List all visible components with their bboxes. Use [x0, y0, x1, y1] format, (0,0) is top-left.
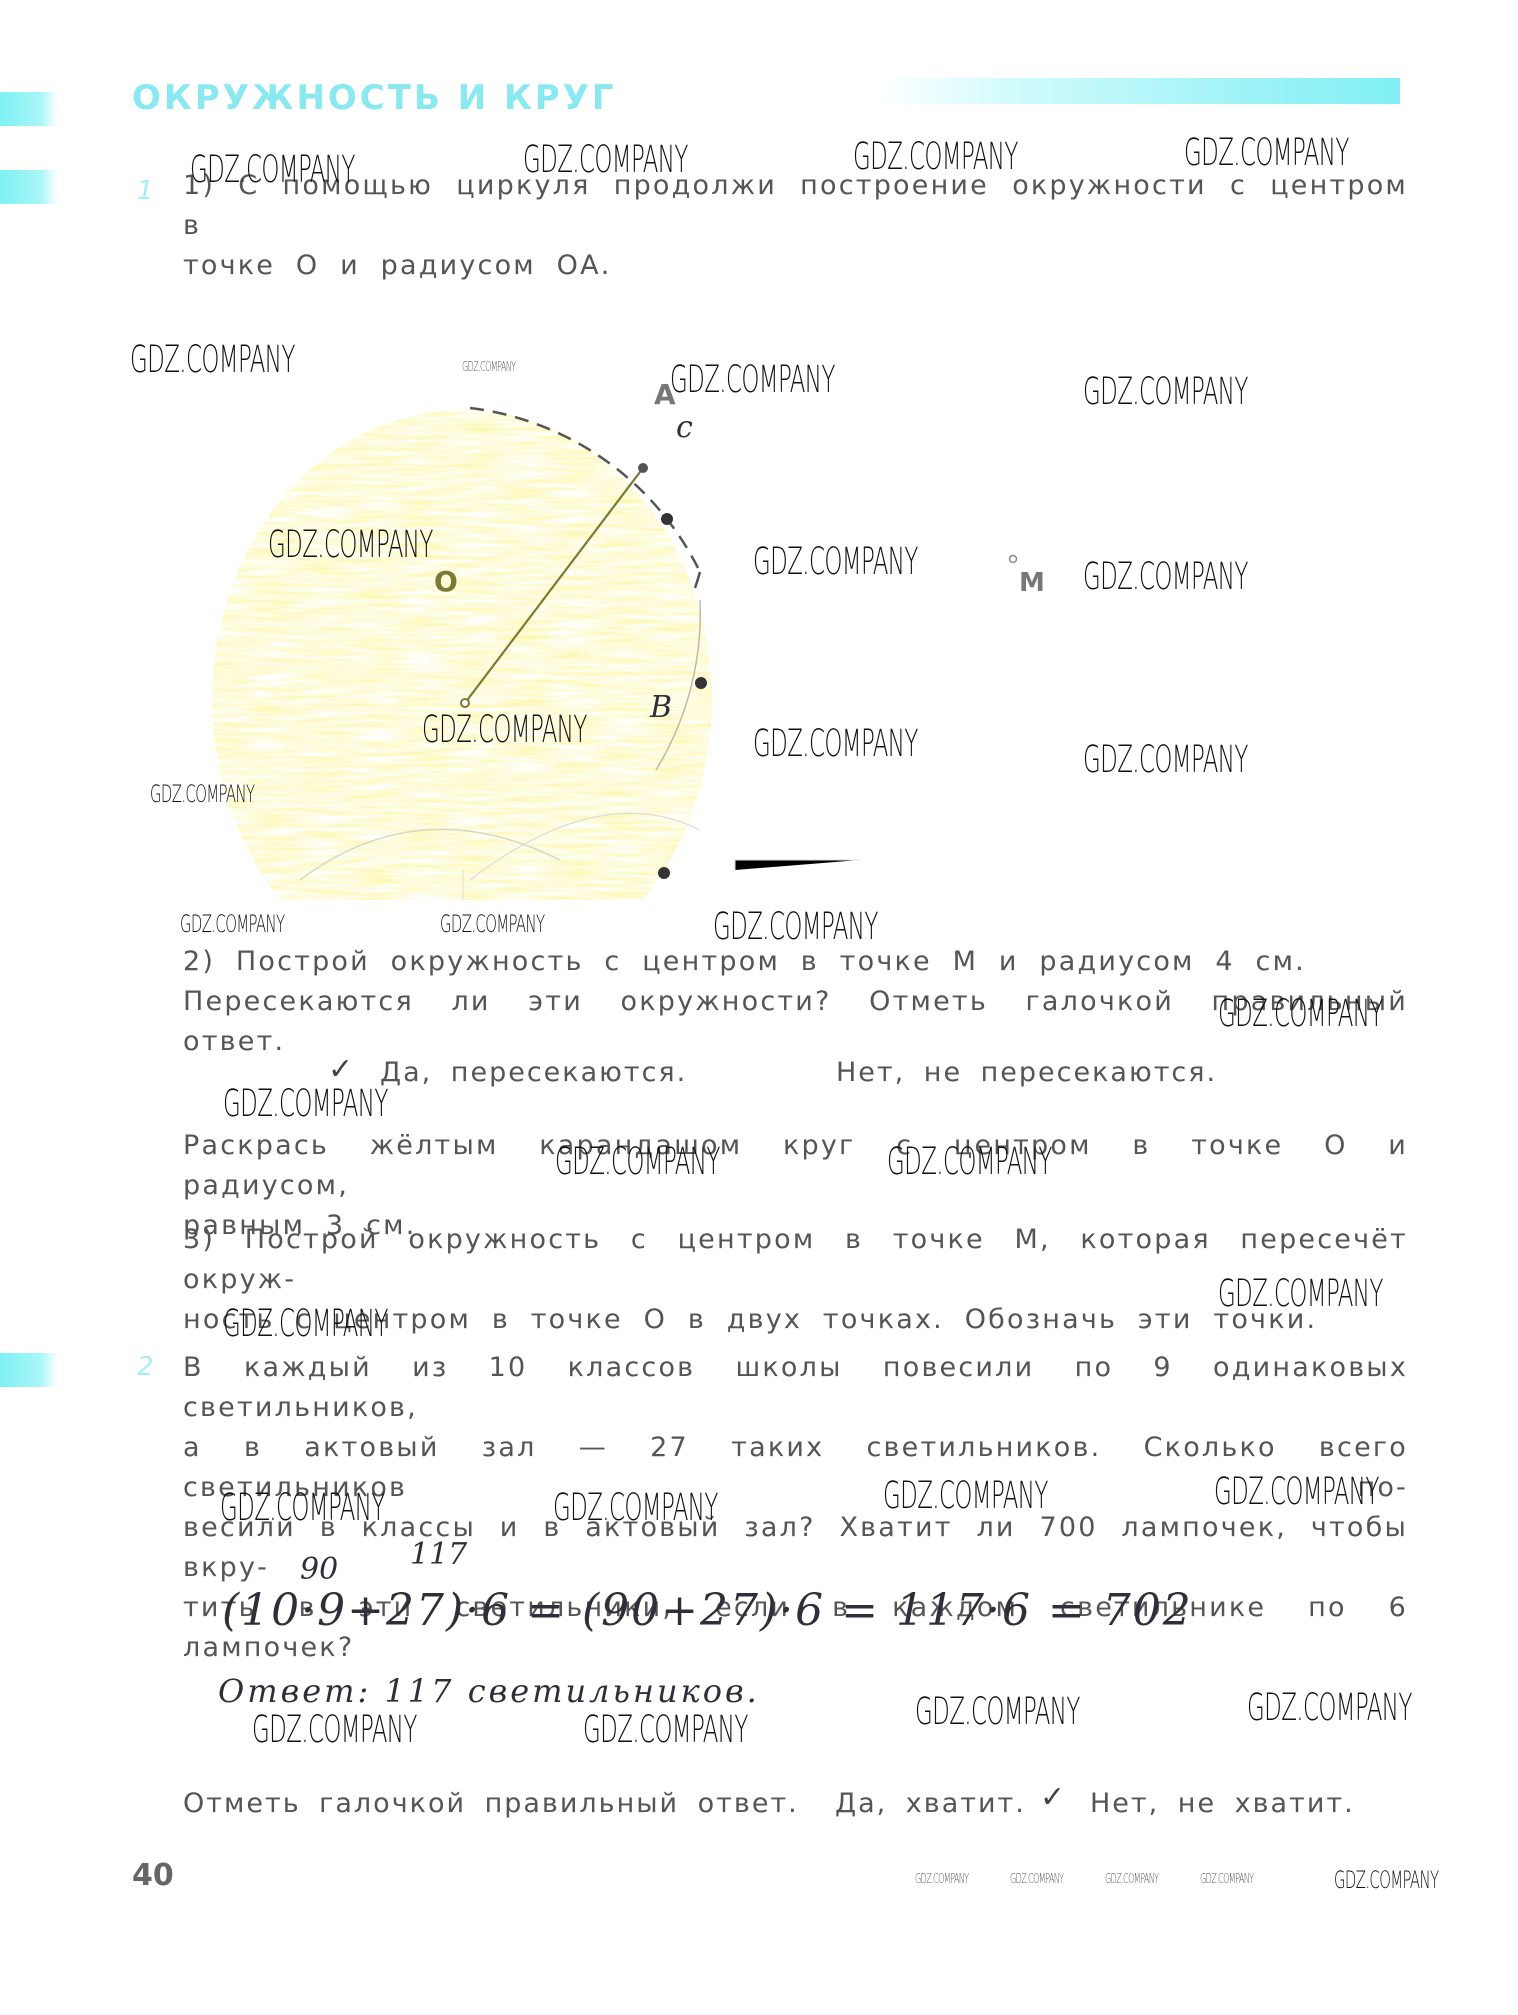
option-not-enough[interactable]: Нет, не хватит. [1090, 1788, 1355, 1819]
watermark: GDZ.COMPANY [1218, 1272, 1383, 1315]
watermark: GDZ.COMPANY [887, 1140, 1052, 1183]
watermark: GDZ.COMPANY [915, 1872, 968, 1887]
faint-frame [735, 860, 860, 870]
option-yes-intersect[interactable]: Да, пересекаются. [380, 1057, 687, 1088]
point-A-marker [638, 463, 648, 473]
annotation-117: 117 [410, 1537, 467, 1572]
watermark: GDZ.COMPANY [1083, 555, 1248, 598]
text-line: 2) Построй окружность с центром в точке … [183, 942, 1408, 982]
watermark: GDZ.COMPANY [223, 1302, 388, 1345]
watermark: GDZ.COMPANY [553, 1486, 718, 1529]
task-number-2: 2 [137, 1352, 154, 1382]
watermark: GDZ.COMPANY [753, 722, 918, 765]
watermark: GDZ.COMPANY [130, 338, 295, 381]
option-no-intersect[interactable]: Нет, не пересекаются. [836, 1057, 1217, 1088]
watermark: GDZ.COMPANY [223, 1082, 388, 1125]
label-M: M [1019, 568, 1045, 598]
point-dot-right [695, 677, 707, 689]
watermark: GDZ.COMPANY [1083, 738, 1248, 781]
watermark: GDZ.COMPANY [220, 1486, 385, 1529]
yellow-circle-fill [212, 410, 712, 900]
watermark: GDZ.COMPANY [440, 910, 544, 938]
handwritten-equation: (10·9+27)·6 = (90+27)·6 = 117·6 = 702 [222, 1585, 1193, 1636]
option-enough[interactable]: Да, хватит. [835, 1788, 1026, 1819]
point-C-marker [661, 513, 673, 525]
watermark: GDZ.COMPANY [150, 780, 254, 808]
watermark: GDZ.COMPANY [1010, 1872, 1063, 1887]
watermark: GDZ.COMPANY [268, 523, 433, 566]
watermark: GDZ.COMPANY [523, 138, 688, 181]
watermark: GDZ.COMPANY [1184, 131, 1349, 174]
text-line: В каждый из 10 классов школы повесили по… [183, 1348, 1408, 1428]
check-mark-icon: ✓ [1040, 1780, 1065, 1815]
watermark: GDZ.COMPANY [1218, 992, 1383, 1035]
watermark: GDZ.COMPANY [1334, 1866, 1438, 1894]
watermark: GDZ.COMPANY [190, 148, 355, 191]
watermark: GDZ.COMPANY [1200, 1872, 1253, 1887]
watermark: GDZ.COMPANY [180, 910, 284, 938]
watermark: GDZ.COMPANY [915, 1690, 1080, 1733]
watermark: GDZ.COMPANY [753, 540, 918, 583]
label-O: O [434, 565, 458, 598]
watermark: GDZ.COMPANY [883, 1474, 1048, 1517]
page-number: 40 [132, 1858, 174, 1893]
watermark: GDZ.COMPANY [1105, 1872, 1158, 1887]
watermark: GDZ.COMPANY [1083, 370, 1248, 413]
watermark: GDZ.COMPANY [555, 1140, 720, 1183]
final-question-prompt: Отметь галочкой правильный ответ. [183, 1788, 799, 1819]
watermark: GDZ.COMPANY [713, 905, 878, 948]
watermark: GDZ.COMPANY [853, 135, 1018, 178]
label-C: c [676, 410, 693, 445]
label-B: B [650, 690, 672, 725]
handwritten-answer: Ответ: 117 светильников. [218, 1672, 760, 1710]
watermark: GDZ.COMPANY [583, 1708, 748, 1751]
watermark: GDZ.COMPANY [1247, 1686, 1412, 1729]
watermark: GDZ.COMPANY [670, 358, 835, 401]
watermark: GDZ.COMPANY [462, 360, 515, 375]
point-O-marker [461, 699, 469, 707]
watermark: GDZ.COMPANY [422, 708, 587, 751]
side-tab-3 [0, 1353, 58, 1387]
point-dot-lower [658, 867, 670, 879]
annotation-90: 90 [300, 1552, 338, 1587]
watermark: GDZ.COMPANY [252, 1708, 417, 1751]
watermark: GDZ.COMPANY [1214, 1470, 1379, 1513]
point-M-marker [1010, 556, 1017, 563]
text-line: Раскрась жёлтым карандашом круг с центро… [183, 1126, 1408, 1206]
dashed-circle-arc-cont [695, 572, 700, 588]
